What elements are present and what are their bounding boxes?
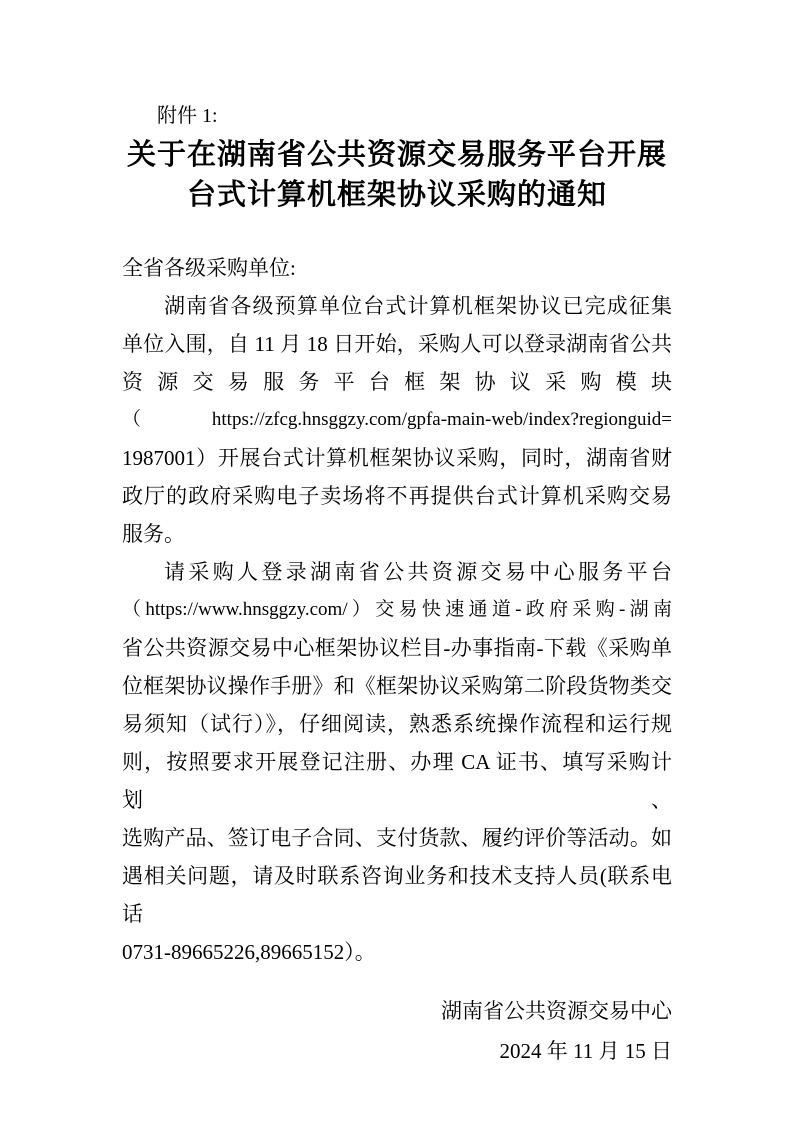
body-line: 省公共资源交易中心框架协议栏目-办事指南-下载《采购单 [122,629,672,667]
body-line: 湖南省各级预算单位台式计算机框架协议已完成征集 [122,287,672,325]
signature-block: 湖南省公共资源交易中心 2024 年 11 月 15 日 [122,991,672,1071]
body-line: 服务。 [122,515,672,553]
signature-org: 湖南省公共资源交易中心 [122,991,672,1031]
body-line: （https://www.hnsggzy.com/）交易快速通道-政府采购-湖南 [122,591,672,629]
attachment-label: 附件 1: [157,103,672,129]
body-line: 请采购人登录湖南省公共资源交易中心服务平台 [122,553,672,591]
body-line: 单位入围，自 11 月 18 日开始，采购人可以登录湖南省公共 [122,325,672,363]
body-line: 1987001）开展台式计算机框架协议采购，同时，湖南省财 [122,439,672,477]
body-line: 0731-89665226,89665152）。 [122,933,672,971]
body-line: 资源交易服务平台框架协议采购模块 [122,363,672,401]
signature-date: 2024 年 11 月 15 日 [122,1031,672,1071]
body-line: 遇相关问题，请及时联系咨询业务和技术支持人员(联系电话 [122,857,672,933]
body-line: 选购产品、签订电子合同、支付货款、履约评价等活动。如 [122,819,672,857]
body-line: 政厅的政府采购电子卖场将不再提供台式计算机采购交易 [122,477,672,515]
paragraph: 湖南省各级预算单位台式计算机框架协议已完成征集单位入围，自 11 月 18 日开… [122,287,672,553]
document-title-line-1: 关于在湖南省公共资源交易服务平台开展 [122,135,672,175]
document-body: 全省各级采购单位: 湖南省各级预算单位台式计算机框架协议已完成征集单位入围，自 … [122,249,672,971]
body-line: 易须知（试行）》，仔细阅读，熟悉系统操作流程和运行规 [122,705,672,743]
document-title-line-2: 台式计算机框架协议采购的通知 [122,175,672,215]
document-page: 附件 1: 关于在湖南省公共资源交易服务平台开展 台式计算机框架协议采购的通知 … [0,0,793,1122]
body-line: 则，按照要求开展登记注册、办理 CA 证书、填写采购计划、 [122,743,672,819]
document-title: 关于在湖南省公共资源交易服务平台开展 台式计算机框架协议采购的通知 [122,135,672,215]
salutation: 全省各级采购单位: [122,249,672,287]
paragraph: 请采购人登录湖南省公共资源交易中心服务平台（https://www.hnsggz… [122,553,672,971]
body-line: （ https://zfcg.hnsggzy.com/gpfa-main-web… [122,401,672,439]
document-content: 附件 1: 关于在湖南省公共资源交易服务平台开展 台式计算机框架协议采购的通知 … [0,0,793,1071]
body-line: 位框架协议操作手册》和《框架协议采购第二阶段货物类交 [122,667,672,705]
